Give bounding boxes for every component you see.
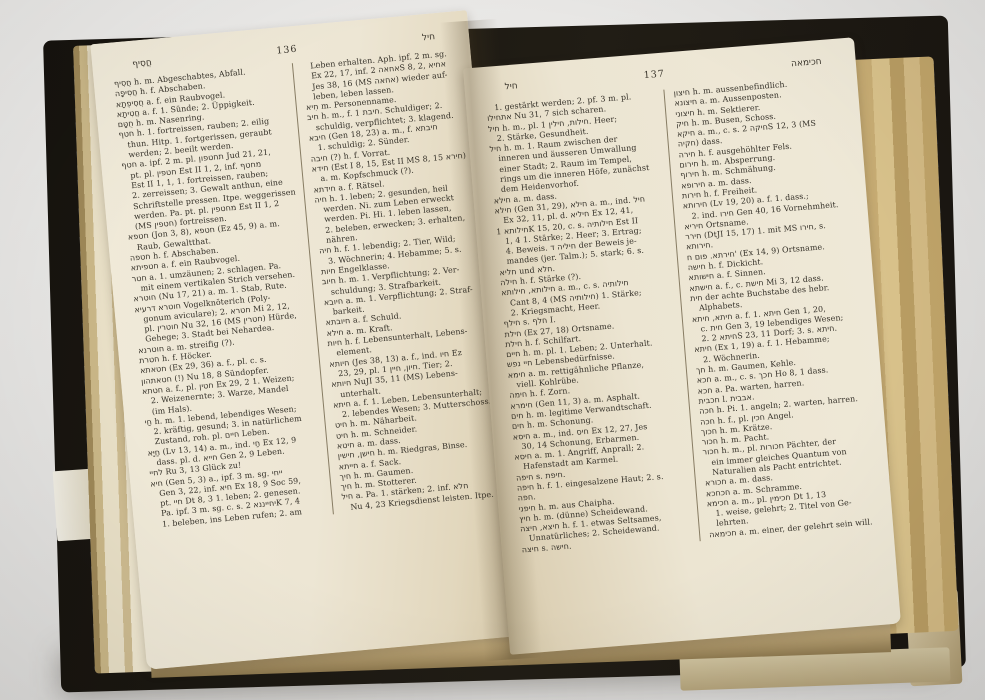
left-page: חֲסִיף 136 חיל חֲסִיף h. m. Abgeschabtes… — [90, 10, 523, 670]
left-page-columns: חֲסִיף h. m. Abgeschabtes, Abfall.חֲסִיפ… — [94, 47, 512, 532]
header-word-left: חיל — [504, 81, 518, 92]
page-number-136: 136 — [276, 44, 298, 57]
dictionary-column: חיצון h. m. aussenbefindlich.חיצונא a. m… — [663, 75, 879, 541]
book-photo: חֲסִיף 136 חיל חֲסִיף h. m. Abgeschabtes… — [0, 0, 985, 700]
page-number-137: 137 — [643, 69, 665, 82]
right-page: חיל 137 חכימאה 1. gestärkt werden; 2. pf… — [463, 37, 901, 655]
header-word-left: חֲסִיף — [132, 58, 152, 70]
right-page-columns: 1. gestärkt werden; 2. pf. 3 m. pl.אתחיל… — [466, 74, 893, 557]
dictionary-column: חֲסִיף h. m. Abgeschabtes, Abfall.חֲסִיפ… — [114, 64, 325, 531]
dictionary-column: 1. gestärkt werden; 2. pf. 3 m. pl.אתחיל… — [486, 90, 692, 555]
header-word-right: חכימאה — [791, 57, 822, 69]
header-word-right: חיל — [422, 32, 436, 43]
